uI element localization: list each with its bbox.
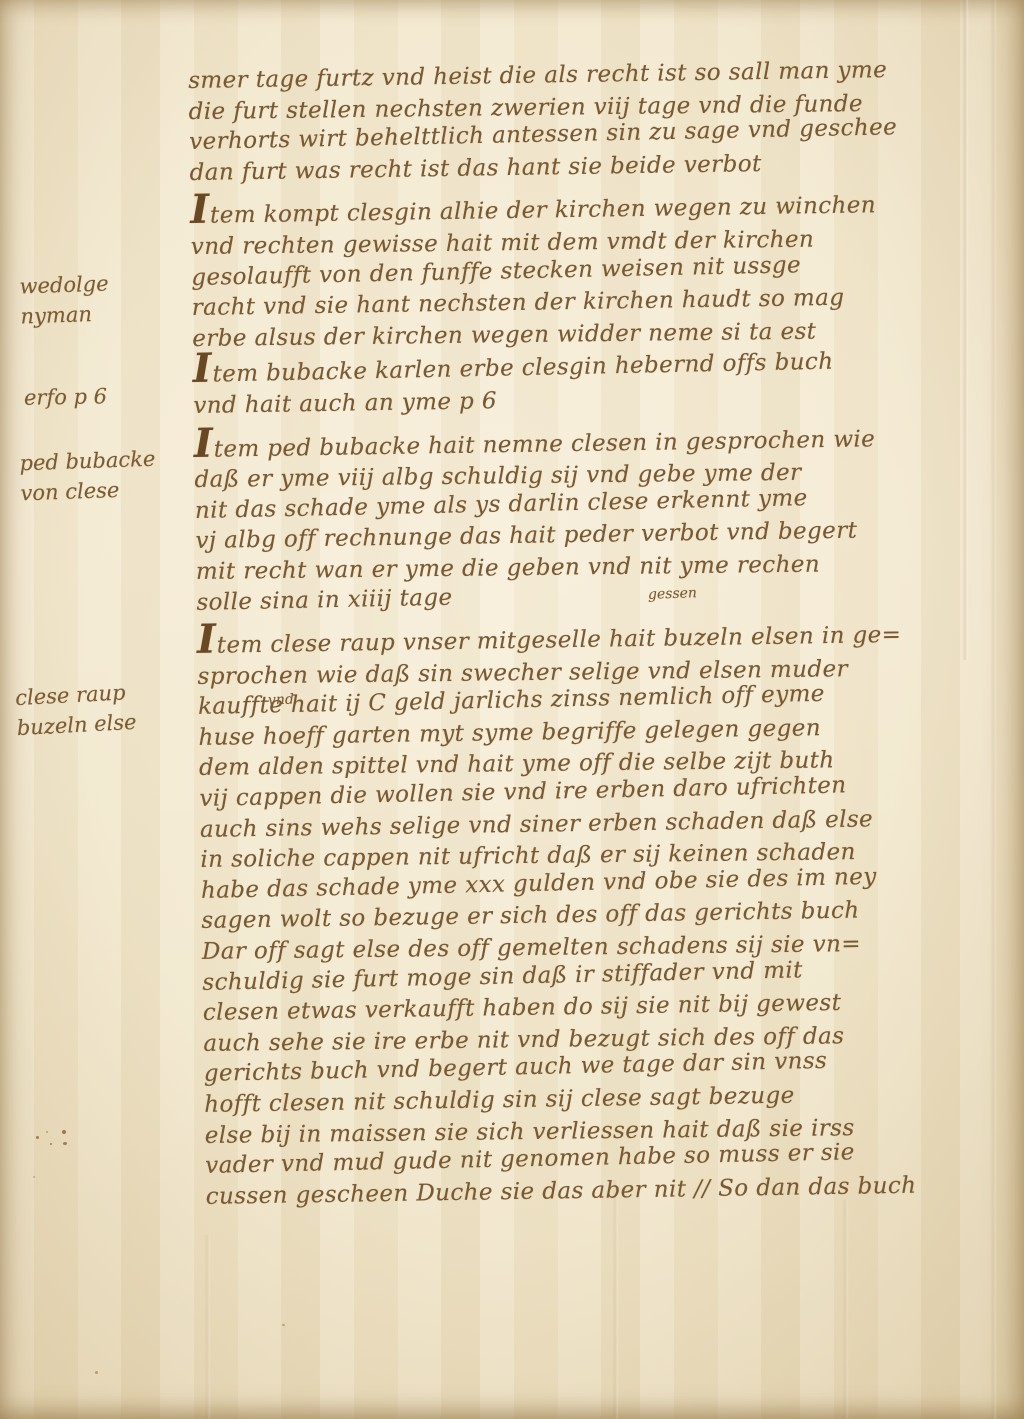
ink-speck bbox=[62, 1130, 66, 1134]
margin-note-line: ped bubacke bbox=[19, 444, 156, 479]
margin-note-line: von clese bbox=[20, 474, 157, 509]
interlinear-insertion: vnd bbox=[268, 692, 294, 709]
manuscript-paragraph: smer tage furtz vnd heist die als recht … bbox=[188, 53, 1012, 188]
ink-speck bbox=[50, 1143, 52, 1145]
manuscript-paragraph: Item kompt clesgin alhie der kirchen weg… bbox=[190, 182, 1015, 421]
interlinear-insertion: gessen bbox=[648, 585, 697, 603]
manuscript-paragraph: Item ped bubacke hait nemne clesen in ge… bbox=[194, 416, 1019, 618]
margin-note: clese raup buzeln else bbox=[15, 677, 138, 743]
ink-speck bbox=[46, 1131, 48, 1133]
margin-note: erfo p 6 bbox=[24, 381, 108, 412]
paper-crease bbox=[612, 1180, 619, 1419]
manuscript-page: wedolge nyman erfo p 6 ped bubacke von c… bbox=[0, 0, 1024, 1419]
paper-crease bbox=[204, 1235, 211, 1419]
margin-note-line: erfo p 6 bbox=[24, 381, 108, 412]
margin-note: ped bubacke von clese bbox=[19, 444, 157, 509]
margin-note-line: buzeln else bbox=[16, 707, 137, 743]
paper-crease bbox=[842, 1200, 849, 1419]
margin-note-line: wedolge bbox=[19, 268, 109, 301]
ink-speck bbox=[95, 1371, 98, 1374]
manuscript-text: smer tage furtz vnd heist die als recht … bbox=[188, 53, 1024, 1219]
ink-speck bbox=[63, 1142, 67, 1145]
ink-speck bbox=[777, 205, 780, 208]
ink-speck bbox=[36, 1136, 39, 1139]
margin-note-line: nyman bbox=[20, 298, 110, 331]
margin-note: wedolge nyman bbox=[19, 268, 110, 331]
ink-speck bbox=[564, 790, 568, 793]
ink-speck bbox=[282, 1324, 285, 1326]
ink-speck bbox=[33, 1176, 35, 1178]
manuscript-paragraph: Item clese raup vnser mitgeselle hait bu… bbox=[197, 612, 1024, 1212]
